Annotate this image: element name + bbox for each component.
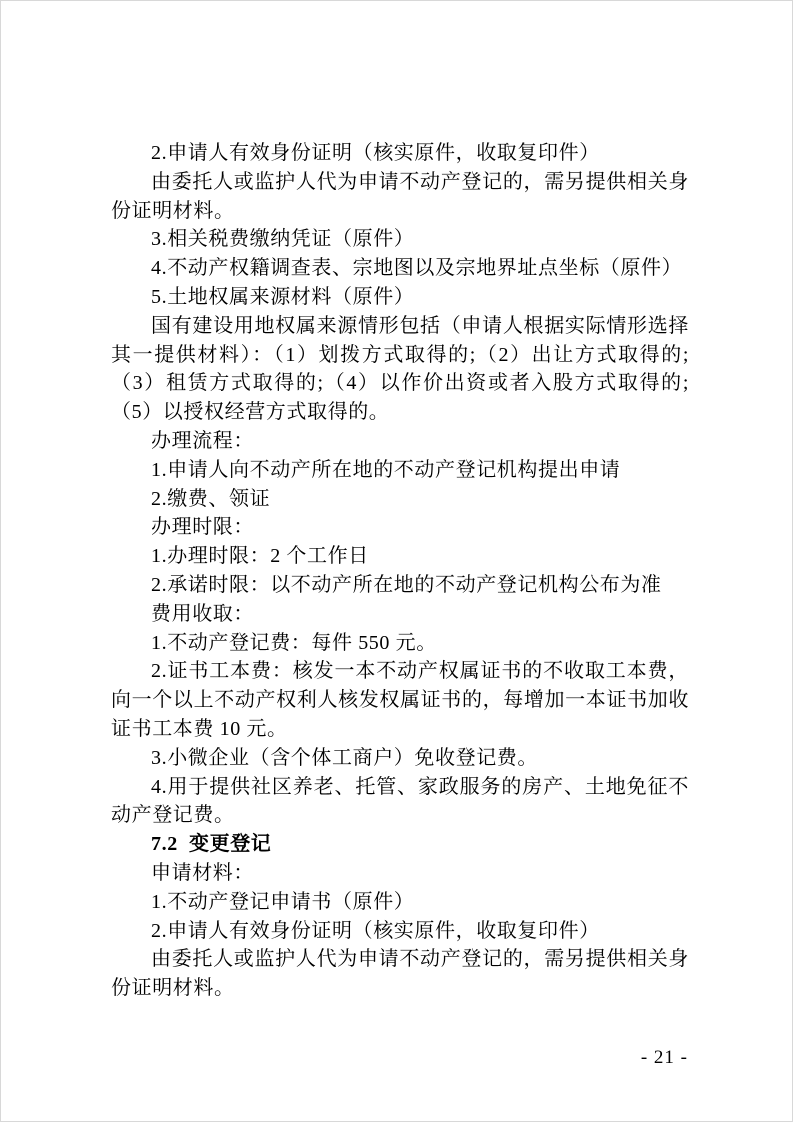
document-body: 2.申请人有效身份证明（核实原件，收取复印件）由委托人或监护人代为申请不动产登记… — [111, 139, 689, 1003]
paragraph: 办理流程： — [111, 427, 689, 456]
paragraph: 4.用于提供社区养老、托管、家政服务的房产、土地免征不动产登记费。 — [111, 773, 689, 831]
paragraph: 办理时限： — [111, 513, 689, 542]
paragraph: 3.相关税费缴纳凭证（原件） — [111, 225, 689, 254]
paragraph: 2.缴费、领证 — [111, 485, 689, 514]
paragraph: 由委托人或监护人代为申请不动产登记的，需另提供相关身份证明材料。 — [111, 945, 689, 1003]
paragraph: 2.证书工本费：核发一本不动产权属证书的不收取工本费，向一个以上不动产权利人核发… — [111, 657, 689, 743]
paragraph: 2.承诺时限：以不动产所在地的不动产登记机构公布为准 — [111, 571, 689, 600]
document-page: 2.申请人有效身份证明（核实原件，收取复印件）由委托人或监护人代为申请不动产登记… — [0, 0, 793, 1122]
paragraph: 国有建设用地权属来源情形包括（申请人根据实际情形选择其一提供材料）：（1）划拨方… — [111, 312, 689, 427]
paragraph: 1.申请人向不动产所在地的不动产登记机构提出申请 — [111, 456, 689, 485]
section-heading: 7.2 变更登记 — [111, 830, 689, 859]
paragraph: 1.不动产登记费：每件 550 元。 — [111, 629, 689, 658]
paragraph: 申请材料： — [111, 859, 689, 888]
paragraph: 费用收取： — [111, 600, 689, 629]
paragraph: 由委托人或监护人代为申请不动产登记的，需另提供相关身份证明材料。 — [111, 168, 689, 226]
paragraph: 2.申请人有效身份证明（核实原件，收取复印件） — [111, 139, 689, 168]
paragraph: 3.小微企业（含个体工商户）免收登记费。 — [111, 744, 689, 773]
paragraph: 2.申请人有效身份证明（核实原件，收取复印件） — [111, 917, 689, 946]
paragraph: 5.土地权属来源材料（原件） — [111, 283, 689, 312]
paragraph: 1.不动产登记申请书（原件） — [111, 888, 689, 917]
paragraph: 1.办理时限：2 个工作日 — [111, 542, 689, 571]
paragraph: 4.不动产权籍调查表、宗地图以及宗地界址点坐标（原件） — [111, 254, 689, 283]
page-number: - 21 - — [641, 1047, 688, 1069]
